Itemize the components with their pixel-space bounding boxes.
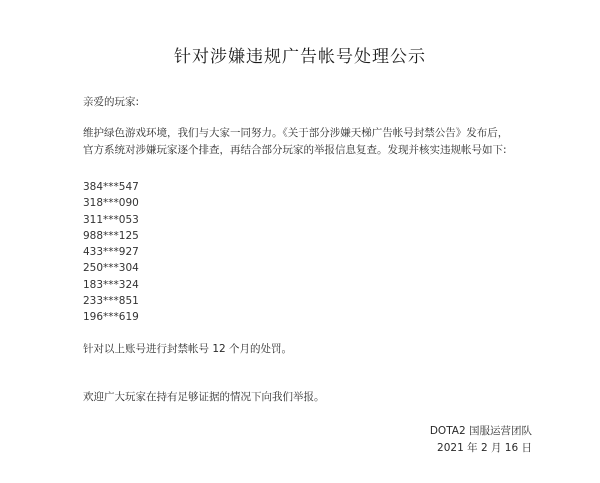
intro-line-1: 维护绿色游戏环境，我们与大家一同努力。《关于部分涉嫌天梯广告帐号封禁公告》发布后… <box>83 125 508 142</box>
account-id: 318***090 <box>83 195 139 211</box>
greeting: 亲爱的玩家: <box>83 94 139 109</box>
intro-paragraph: 维护绿色游戏环境，我们与大家一同努力。《关于部分涉嫌天梯广告帐号封禁公告》发布后… <box>83 125 508 159</box>
signature-block: DOTA2 国服运营团队 2021 年 2 月 16 日 <box>430 423 532 457</box>
report-invitation: 欢迎广大玩家在持有足够证据的情况下向我们举报。 <box>83 389 325 404</box>
penalty-statement: 针对以上账号进行封禁帐号 12 个月的处罚。 <box>83 341 292 356</box>
intro-line-2: 官方系统对涉嫌玩家逐个排查，再结合部分玩家的举报信息复查。发现并核实违规帐号如下… <box>83 142 508 159</box>
account-id: 183***324 <box>83 277 139 293</box>
account-id: 233***851 <box>83 293 139 309</box>
signature-date: 2021 年 2 月 16 日 <box>430 440 532 457</box>
account-id: 433***927 <box>83 244 139 260</box>
account-id: 384***547 <box>83 179 139 195</box>
account-id: 250***304 <box>83 260 139 276</box>
notice-title: 针对涉嫌违规广告帐号处理公示 <box>0 42 600 67</box>
signature-team: DOTA2 国服运营团队 <box>430 423 532 440</box>
account-id: 311***053 <box>83 212 139 228</box>
account-id: 196***619 <box>83 309 139 325</box>
banned-account-list: 384***547 318***090 311***053 988***125 … <box>83 179 139 326</box>
account-id: 988***125 <box>83 228 139 244</box>
